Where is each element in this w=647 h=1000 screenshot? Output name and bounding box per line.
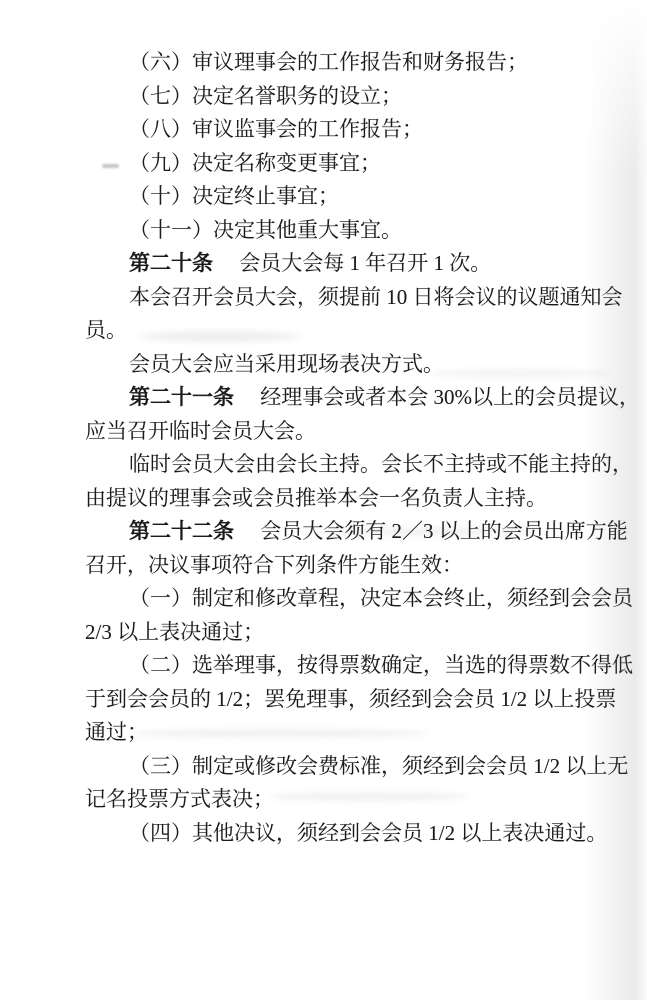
text-line-24: （四）其他决议，须经到会会员 1/2 以上表决通过。: [85, 817, 645, 851]
line-text: 召开，决议事项符合下列条件方能生效：: [85, 553, 463, 577]
line-text: 通过；: [85, 720, 148, 744]
text-line-17: （一）制定和修改章程，决定本会终止，须经到会会员: [85, 582, 645, 616]
line-text: 2/3 以上表决通过；: [85, 620, 264, 644]
text-line-7: 第二十条会员大会每 1 年召开 1 次。: [85, 247, 645, 281]
line-text: 记名投票方式表决；: [85, 787, 274, 811]
text-line-9: 员。: [85, 314, 645, 348]
text-line-20: 于到会会员的 1/2；罢免理事，须经到会会员 1/2 以上投票: [85, 683, 645, 717]
text-line-14: 由提议的理事会或会员推举本会一名负责人主持。: [85, 482, 645, 516]
text-line-1: （六）审议理事会的工作报告和财务报告；: [85, 46, 645, 80]
line-text: （四）其他决议，须经到会会员 1/2 以上表决通过。: [129, 821, 607, 845]
text-line-4: （九）决定名称变更事宜；: [85, 147, 645, 181]
line-text: 应当召开临时会员大会。: [85, 419, 316, 443]
text-line-21: 通过；: [85, 716, 645, 750]
line-text: （八）审议监事会的工作报告；: [129, 117, 423, 141]
line-text: 会员大会应当采用现场表决方式。: [129, 352, 444, 376]
text-line-2: （七）决定名誉职务的设立；: [85, 80, 645, 114]
article-number: 第二十条: [129, 251, 213, 275]
text-line-16: 召开，决议事项符合下列条件方能生效：: [85, 549, 645, 583]
line-text: 本会召开会员大会，须提前 10 日将会议的议题通知会: [129, 285, 623, 309]
line-text: 会员大会须有 2／3 以上的会员出席方能: [260, 519, 628, 543]
text-line-13: 临时会员大会由会长主持。会长不主持或不能主持的，: [85, 448, 645, 482]
scanned-document-page: （六）审议理事会的工作报告和财务报告；（七）决定名誉职务的设立；（八）审议监事会…: [0, 0, 647, 1000]
text-line-23: 记名投票方式表决；: [85, 783, 645, 817]
article-number: 第二十二条: [129, 519, 234, 543]
text-line-6: （十一）决定其他重大事宜。: [85, 214, 645, 248]
line-text: （七）决定名誉职务的设立；: [129, 84, 402, 108]
text-line-5: （十）决定终止事宜；: [85, 180, 645, 214]
text-line-3: （八）审议监事会的工作报告；: [85, 113, 645, 147]
text-line-15: 第二十二条会员大会须有 2／3 以上的会员出席方能: [85, 515, 645, 549]
line-text: （二）选举理事，按得票数确定，当选的得票数不得低: [129, 653, 633, 677]
line-text: （十一）决定其他重大事宜。: [129, 218, 402, 242]
text-line-19: （二）选举理事，按得票数确定，当选的得票数不得低: [85, 649, 645, 683]
line-text: （一）制定和修改章程，决定本会终止，须经到会会员: [129, 586, 633, 610]
line-text: 临时会员大会由会长主持。会长不主持或不能主持的，: [129, 452, 633, 476]
text-line-10: 会员大会应当采用现场表决方式。: [85, 348, 645, 382]
article-number: 第二十一条: [129, 385, 234, 409]
text-line-11: 第二十一条经理事会或者本会 30%以上的会员提议，: [85, 381, 645, 415]
text-line-12: 应当召开临时会员大会。: [85, 415, 645, 449]
text-line-22: （三）制定或修改会费标准，须经到会会员 1/2 以上无: [85, 750, 645, 784]
document-body: （六）审议理事会的工作报告和财务报告；（七）决定名誉职务的设立；（八）审议监事会…: [85, 46, 645, 850]
line-text: （三）制定或修改会费标准，须经到会会员 1/2 以上无: [129, 754, 628, 778]
line-text: （九）决定名称变更事宜；: [129, 151, 381, 175]
line-text: （六）审议理事会的工作报告和财务报告；: [129, 50, 528, 74]
text-line-18: 2/3 以上表决通过；: [85, 616, 645, 650]
line-text: 员。: [85, 318, 127, 342]
line-text: 由提议的理事会或会员推举本会一名负责人主持。: [85, 486, 547, 510]
line-text: 经理事会或者本会 30%以上的会员提议，: [260, 385, 640, 409]
line-text: 于到会会员的 1/2；罢免理事，须经到会会员 1/2 以上投票: [85, 687, 616, 711]
line-text: 会员大会每 1 年召开 1 次。: [239, 251, 491, 275]
line-text: （十）决定终止事宜；: [129, 184, 339, 208]
text-line-8: 本会召开会员大会，须提前 10 日将会议的议题通知会: [85, 281, 645, 315]
